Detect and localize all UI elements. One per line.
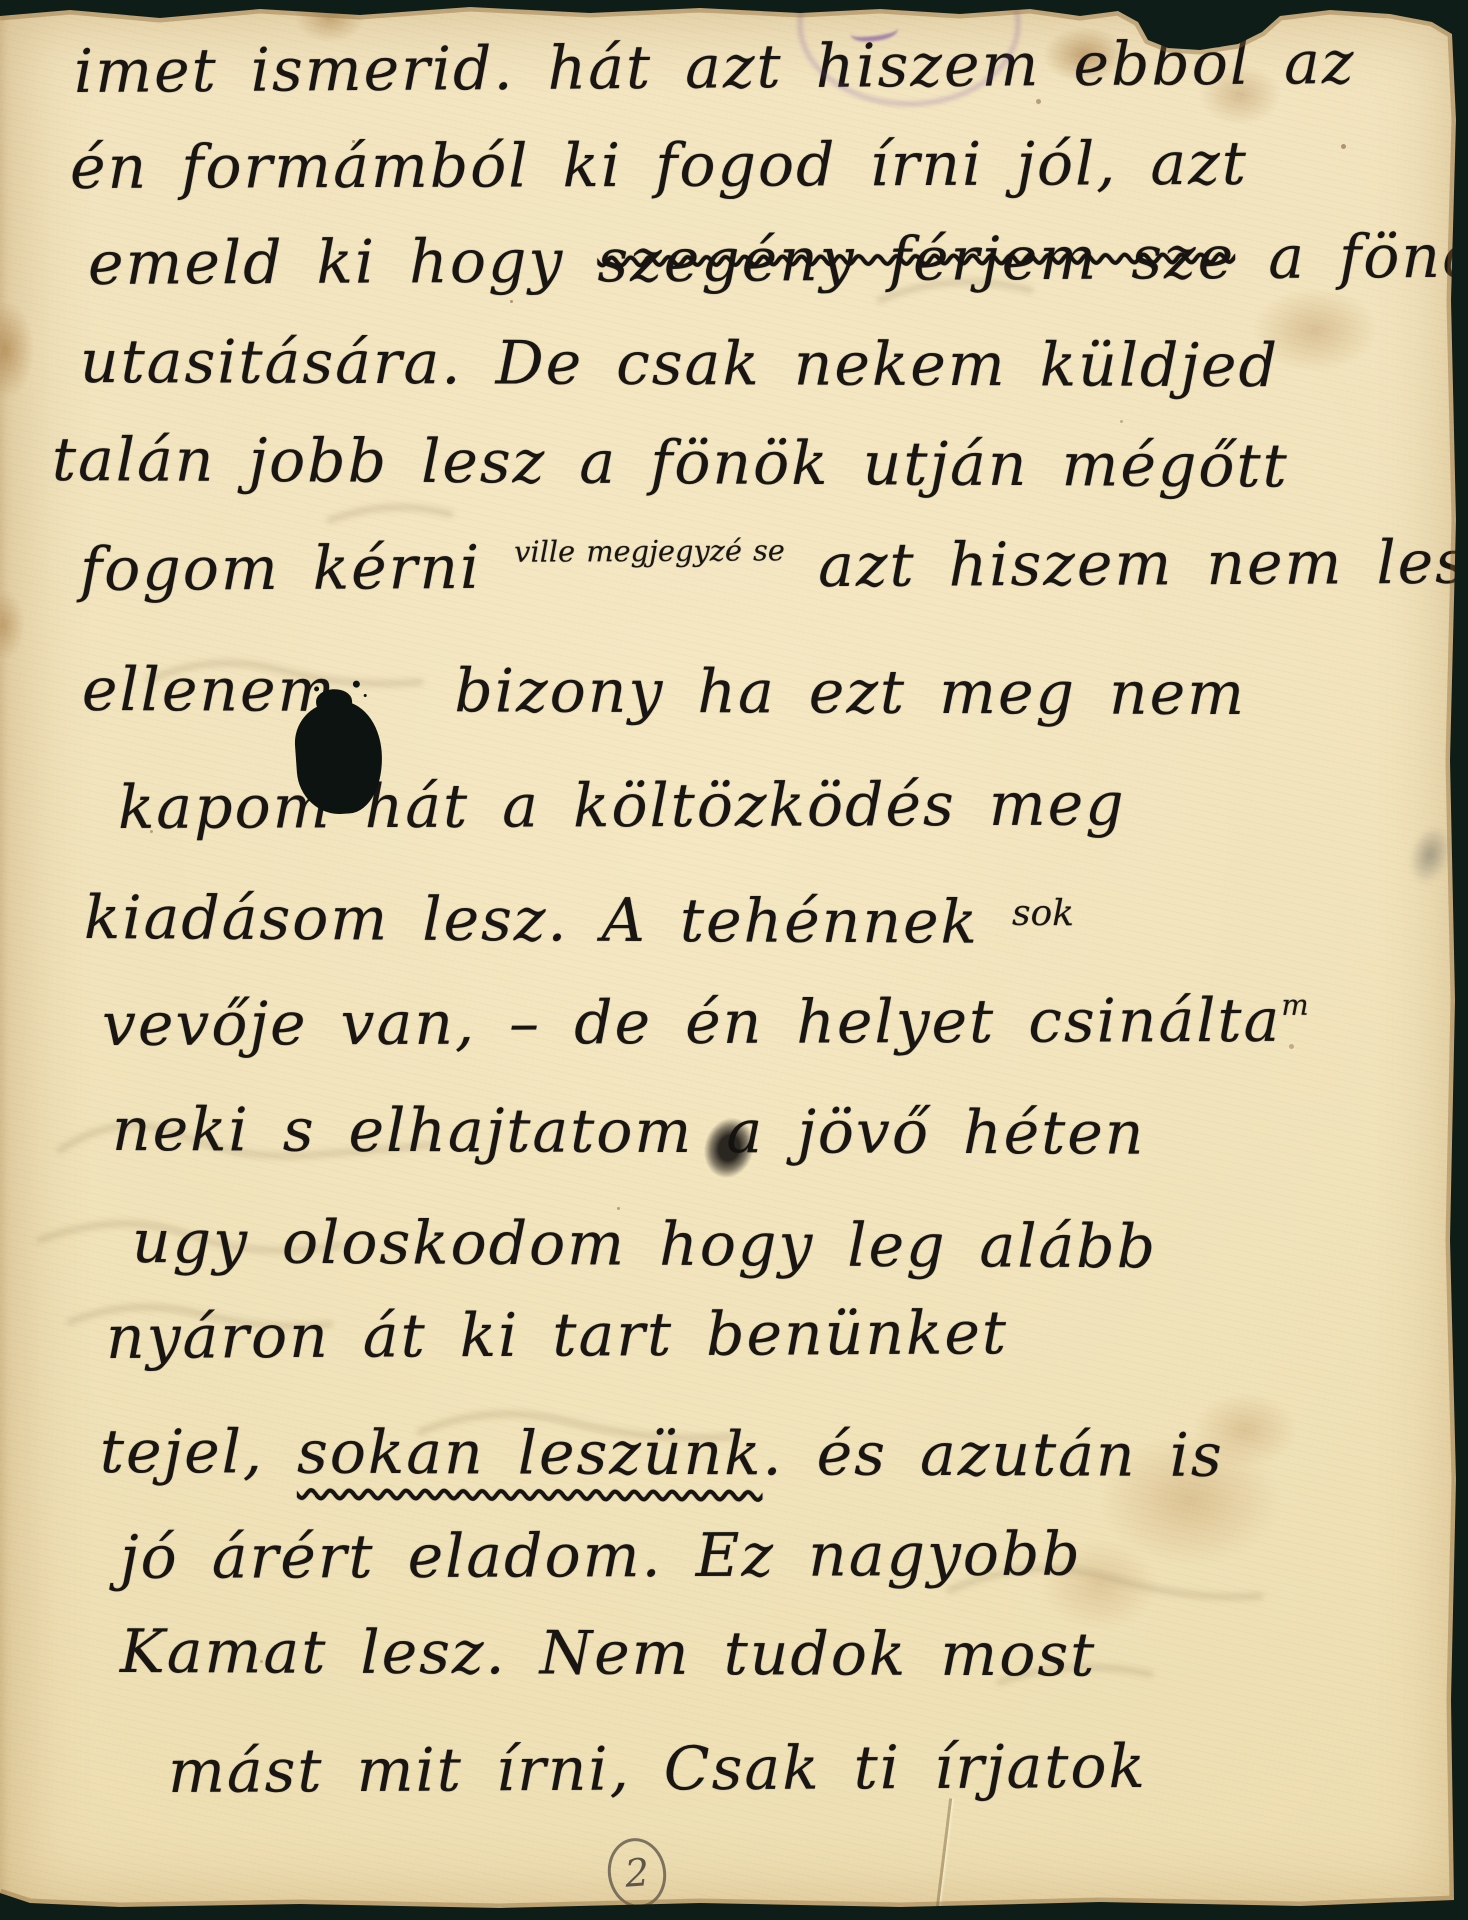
handwritten-segment: Kamat lesz. Nem tudok most (120, 1617, 1097, 1690)
handwritten-segment-under: sokan leszünk (297, 1418, 763, 1490)
handwritten-line: Kamat lesz. Nem tudok most (120, 1622, 1097, 1685)
handwritten-line: vevője van, – de én helyet csináltam (102, 991, 1309, 1055)
handwritten-segment: vevője van, – de én helyet csinálta (102, 986, 1282, 1060)
handwritten-line: emeld ki hogy szegény férjem sze a fönök… (88, 227, 1468, 294)
letter-body-text: imet ismerid. hát azt hiszem ebből azén … (0, 0, 1468, 1920)
handwritten-line: tejel, sokan leszünk. és azután is (100, 1422, 1224, 1486)
handwritten-segment: tejel, (100, 1417, 297, 1488)
handwritten-segment: jó árért eladom. Ez nagyobb (120, 1520, 1082, 1593)
handwritten-segment-sup: ville megjegyzé se (514, 533, 785, 568)
handwritten-line: jó árért eladom. Ez nagyobb (120, 1525, 1082, 1588)
handwritten-line: mást mit írni, Csak ti írjatok (168, 1737, 1147, 1802)
handwritten-segment: azt hiszem nem lesz (785, 528, 1468, 602)
handwritten-line: én formámból ki fogod írni jól, azt (70, 134, 1248, 198)
handwritten-line: imet ismerid. hát azt hiszem ebből az (74, 33, 1356, 102)
handwritten-segment: utasitására. De csak nekem küldjed (80, 327, 1279, 401)
handwritten-segment: . és azután is (762, 1419, 1223, 1491)
handwritten-segment: fogom kérni (80, 533, 515, 605)
handwritten-segment: emeld ki hogy (88, 226, 598, 299)
handwritten-segment-small: sok (1012, 893, 1074, 934)
handwritten-segment: neki s elhajtatom a jövő héten (112, 1095, 1146, 1169)
handwritten-line: utasitására. De csak nekem küldjed (80, 332, 1279, 396)
handwritten-segment: ellenem (82, 655, 337, 726)
handwritten-segment: ugy oloskodom hogy leg alább (132, 1207, 1157, 1282)
handwritten-segment: én formámból ki fogod írni jól, azt (70, 129, 1248, 203)
handwritten-segment: kiadásom lesz. A tehénnek (84, 883, 1012, 958)
handwritten-segment: nyáron át ki tart benünket (106, 1298, 1008, 1373)
handwritten-segment: kapom hát a költözködés meg (118, 769, 1126, 843)
handwritten-line: talán jobb lesz a fönök utján mégőtt (52, 430, 1289, 496)
handwritten-line: fogom kérni ville megjegyzé se azt hisze… (80, 533, 1468, 600)
paper-sheet: imet ismerid. hát azt hiszem ebből azén … (0, 0, 1468, 1920)
handwritten-segment: talán jobb lesz a fönök utján mégőtt (52, 425, 1289, 501)
handwritten-line: neki s elhajtatom a jövő héten (112, 1100, 1146, 1164)
handwritten-segment-strike: szegény férjem sze (597, 223, 1235, 296)
handwritten-segment: imet ismerid. hát azt hiszem ebből az (74, 28, 1356, 107)
scanned-letter-page: imet ismerid. hát azt hiszem ebből azén … (0, 0, 1468, 1920)
handwritten-line: kapom hát a költözködés meg (118, 774, 1126, 838)
handwritten-segment: bizony ha ezt meg nem (454, 656, 1246, 729)
handwritten-segment: mást mit írni, Csak ti írjatok (168, 1732, 1147, 1807)
handwritten-line: ugy oloskodom hogy leg alább (132, 1212, 1157, 1277)
handwritten-segment: a fönö (1235, 222, 1468, 293)
handwritten-segment-sup: m (1281, 988, 1308, 1022)
page-number-value: 2 (623, 1850, 650, 1896)
handwritten-line: kiadásom lesz. A tehénnek sok (84, 888, 1074, 953)
handwritten-line: ellenembizony ha ezt meg nem (82, 660, 1246, 724)
handwritten-line: nyáron át ki tart benünket (106, 1303, 1008, 1368)
